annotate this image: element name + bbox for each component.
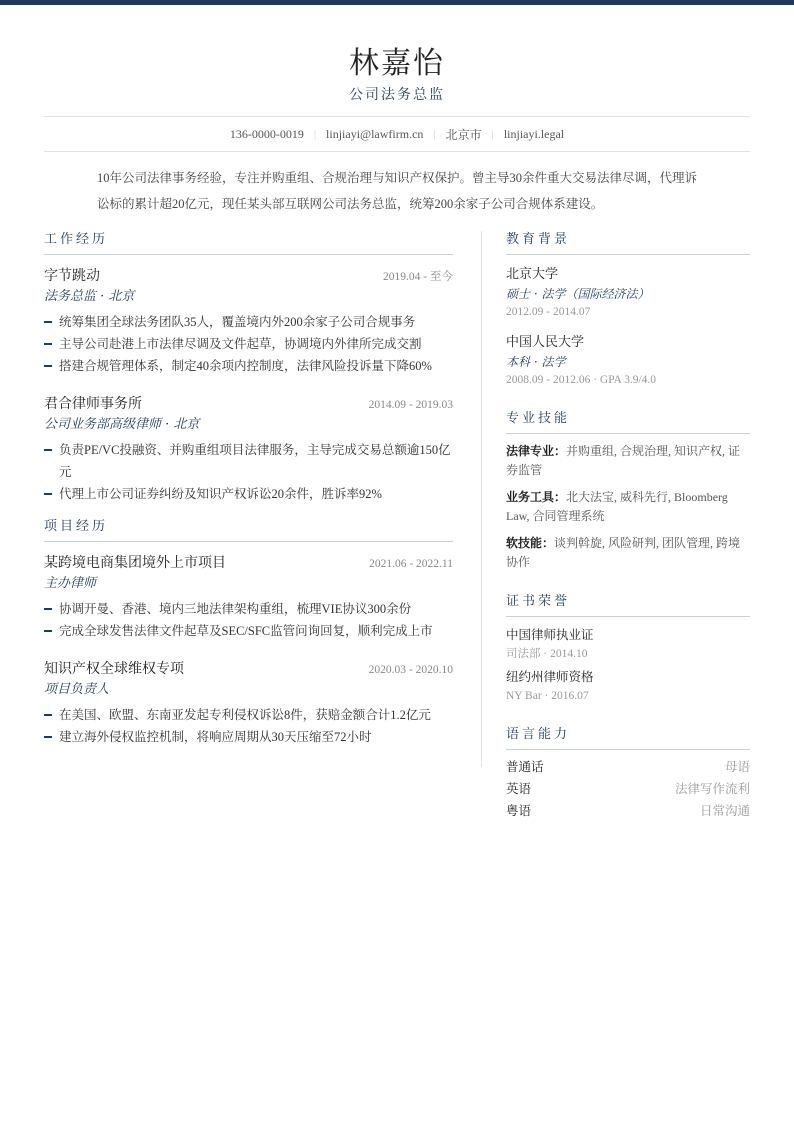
right-column: 教育背景 北京大学 硕士 · 法学（国际经济法） 2012.09 - 2014.… (506, 230, 750, 842)
project-entry: 某跨境电商集团境外上市项目 2021.06 - 2022.11 主办律师 协调开… (44, 552, 453, 642)
column-divider (481, 231, 482, 767)
dash-icon (44, 449, 52, 451)
school-name: 北京大学 (506, 265, 750, 285)
language-row: 普通话 母语 (506, 756, 750, 778)
education-date: 2008.09 - 2012.06 · GPA 3.9/4.0 (506, 371, 750, 389)
contact-separator: | (433, 128, 435, 140)
language-row: 英语 法律写作流利 (506, 778, 750, 800)
entry-project-name: 某跨境电商集团境外上市项目 (44, 552, 226, 572)
bullet-item: 代理上市公司证券纠纷及知识产权诉讼20余件，胜诉率92% (44, 483, 453, 505)
entry-role: 法务总监 · 北京 (44, 287, 453, 307)
skill-item: 软技能：谈判斡旋, 风险研判, 团队管理, 跨境协作 (506, 534, 750, 572)
contact-website[interactable]: linjiayi.legal (504, 127, 564, 142)
top-accent-bar (0, 0, 794, 5)
bullet-text: 建立海外侵权监控机制，将响应周期从30天压缩至72小时 (59, 730, 372, 744)
education-section: 教育背景 北京大学 硕士 · 法学（国际经济法） 2012.09 - 2014.… (506, 230, 750, 389)
contact-separator: | (492, 128, 494, 140)
skill-item: 法律专业：并购重组, 合规治理, 知识产权, 证券监管 (506, 442, 750, 480)
bullet-text: 代理上市公司证券纠纷及知识产权诉讼20余件，胜诉率92% (59, 487, 382, 501)
entry-bullets: 统筹集团全球法务团队35人，覆盖境内外200余家子公司合规事务 主导公司赴港上市… (44, 311, 453, 377)
education-entry: 中国人民大学 本科 · 法学 2008.09 - 2012.06 · GPA 3… (506, 333, 750, 389)
section-title: 工作经历 (44, 230, 453, 255)
entry-bullets: 在美国、欧盟、东南亚发起专利侵权诉讼8件，获赔金额合计1.2亿元 建立海外侵权监… (44, 704, 453, 748)
entry-date: 2020.03 - 2020.10 (369, 664, 453, 676)
language-level: 母语 (725, 756, 750, 778)
entry-project-name: 知识产权全球维权专项 (44, 658, 184, 678)
certificate-name: 中国律师执业证 (506, 625, 750, 645)
left-column: 工作经历 字节跳动 2019.04 - 至今 法务总监 · 北京 统筹集团全球法… (44, 230, 453, 758)
section-title: 教育背景 (506, 230, 750, 255)
section-title: 项目经历 (44, 517, 453, 542)
language-name: 普通话 (506, 756, 544, 778)
section-title: 语言能力 (506, 725, 750, 750)
languages-section: 语言能力 普通话 母语 英语 法律写作流利 粤语 日常沟通 (506, 725, 750, 822)
entry-date: 2014.09 - 2019.03 (369, 399, 453, 411)
bullet-item: 负责PE/VC投融资、并购重组项目法律服务，主导完成交易总额逾150亿元 (44, 439, 453, 483)
candidate-title: 公司法务总监 (44, 84, 750, 104)
language-level: 日常沟通 (700, 800, 750, 822)
section-title: 专业技能 (506, 409, 750, 434)
entry-bullets: 负责PE/VC投融资、并购重组项目法律服务，主导完成交易总额逾150亿元 代理上… (44, 439, 453, 505)
dash-icon (44, 321, 52, 323)
contact-email[interactable]: linjiayi@lawfirm.cn (326, 127, 423, 142)
certificate-meta: 司法部 · 2014.10 (506, 645, 750, 663)
bullet-item: 协调开曼、香港、境内三地法律架构重组，梳理VIE协议300余份 (44, 598, 453, 620)
bullet-text: 协调开曼、香港、境内三地法律架构重组，梳理VIE协议300余份 (59, 602, 411, 616)
dash-icon (44, 630, 52, 632)
contact-phone: 136-0000-0019 (230, 127, 304, 142)
degree: 本科 · 法学 (506, 353, 750, 371)
project-entry: 知识产权全球维权专项 2020.03 - 2020.10 项目负责人 在美国、欧… (44, 658, 453, 748)
work-entry: 君合律师事务所 2014.09 - 2019.03 公司业务部高级律师 · 北京… (44, 393, 453, 505)
dash-icon (44, 343, 52, 345)
entry-date: 2019.04 - 至今 (383, 268, 453, 284)
skill-item: 业务工具：北大法宝, 威科先行, Bloomberg Law, 合同管理系统 (506, 488, 750, 526)
contact-city: 北京市 (446, 126, 482, 143)
dash-icon (44, 736, 52, 738)
work-entry: 字节跳动 2019.04 - 至今 法务总监 · 北京 统筹集团全球法务团队35… (44, 265, 453, 377)
school-name: 中国人民大学 (506, 333, 750, 353)
skill-label: 法律专业： (506, 444, 566, 458)
bullet-text: 在美国、欧盟、东南亚发起专利侵权诉讼8件，获赔金额合计1.2亿元 (59, 708, 431, 722)
contact-bar: 136-0000-0019 | linjiayi@lawfirm.cn | 北京… (44, 116, 750, 152)
work-experience-section: 工作经历 字节跳动 2019.04 - 至今 法务总监 · 北京 统筹集团全球法… (44, 230, 453, 505)
certificate-name: 纽约州律师资格 (506, 667, 750, 687)
language-name: 英语 (506, 778, 531, 800)
bullet-item: 统筹集团全球法务团队35人，覆盖境内外200余家子公司合规事务 (44, 311, 453, 333)
bullet-text: 负责PE/VC投融资、并购重组项目法律服务，主导完成交易总额逾150亿元 (59, 443, 451, 479)
dash-icon (44, 493, 52, 495)
entry-organization: 君合律师事务所 (44, 393, 142, 413)
candidate-name: 林嘉怡 (44, 38, 750, 82)
certificate-entry: 中国律师执业证 司法部 · 2014.10 (506, 625, 750, 663)
education-entry: 北京大学 硕士 · 法学（国际经济法） 2012.09 - 2014.07 (506, 265, 750, 321)
project-experience-section: 项目经历 某跨境电商集团境外上市项目 2021.06 - 2022.11 主办律… (44, 517, 453, 748)
entry-bullets: 协调开曼、香港、境内三地法律架构重组，梳理VIE协议300余份 完成全球发售法律… (44, 598, 453, 642)
bullet-text: 主导公司赴港上市法律尽调及文件起草，协调境内外律所完成交割 (59, 337, 422, 351)
skills-section: 专业技能 法律专业：并购重组, 合规治理, 知识产权, 证券监管 业务工具：北大… (506, 409, 750, 572)
skill-label: 业务工具： (506, 490, 566, 504)
entry-role: 主办律师 (44, 574, 453, 594)
language-level: 法律写作流利 (675, 778, 750, 800)
bullet-text: 搭建合规管理体系，制定40余项内控制度，法律风险投诉量下降60% (59, 359, 432, 373)
entry-role: 项目负责人 (44, 680, 453, 700)
certificates-section: 证书荣誉 中国律师执业证 司法部 · 2014.10 纽约州律师资格 NY Ba… (506, 592, 750, 705)
profile-summary: 10年公司法律事务经验，专注并购重组、合规治理与知识产权保护。曾主导30余件重大… (97, 165, 697, 217)
certificate-meta: NY Bar · 2016.07 (506, 687, 750, 705)
entry-organization: 字节跳动 (44, 265, 100, 285)
certificate-entry: 纽约州律师资格 NY Bar · 2016.07 (506, 667, 750, 705)
contact-separator: | (314, 128, 316, 140)
degree: 硕士 · 法学（国际经济法） (506, 285, 750, 303)
entry-date: 2021.06 - 2022.11 (369, 558, 453, 570)
dash-icon (44, 608, 52, 610)
entry-role: 公司业务部高级律师 · 北京 (44, 415, 453, 435)
bullet-item: 建立海外侵权监控机制，将响应周期从30天压缩至72小时 (44, 726, 453, 748)
language-name: 粤语 (506, 800, 531, 822)
bullet-item: 在美国、欧盟、东南亚发起专利侵权诉讼8件，获赔金额合计1.2亿元 (44, 704, 453, 726)
skill-label: 软技能： (506, 536, 554, 550)
bullet-item: 搭建合规管理体系，制定40余项内控制度，法律风险投诉量下降60% (44, 355, 453, 377)
bullet-item: 主导公司赴港上市法律尽调及文件起草，协调境内外律所完成交割 (44, 333, 453, 355)
education-date: 2012.09 - 2014.07 (506, 303, 750, 321)
bullet-item: 完成全球发售法律文件起草及SEC/SFC监管问询回复，顺利完成上市 (44, 620, 453, 642)
language-row: 粤语 日常沟通 (506, 800, 750, 822)
dash-icon (44, 714, 52, 716)
section-title: 证书荣誉 (506, 592, 750, 617)
bullet-text: 统筹集团全球法务团队35人，覆盖境内外200余家子公司合规事务 (59, 315, 415, 329)
dash-icon (44, 365, 52, 367)
bullet-text: 完成全球发售法律文件起草及SEC/SFC监管问询回复，顺利完成上市 (59, 624, 433, 638)
